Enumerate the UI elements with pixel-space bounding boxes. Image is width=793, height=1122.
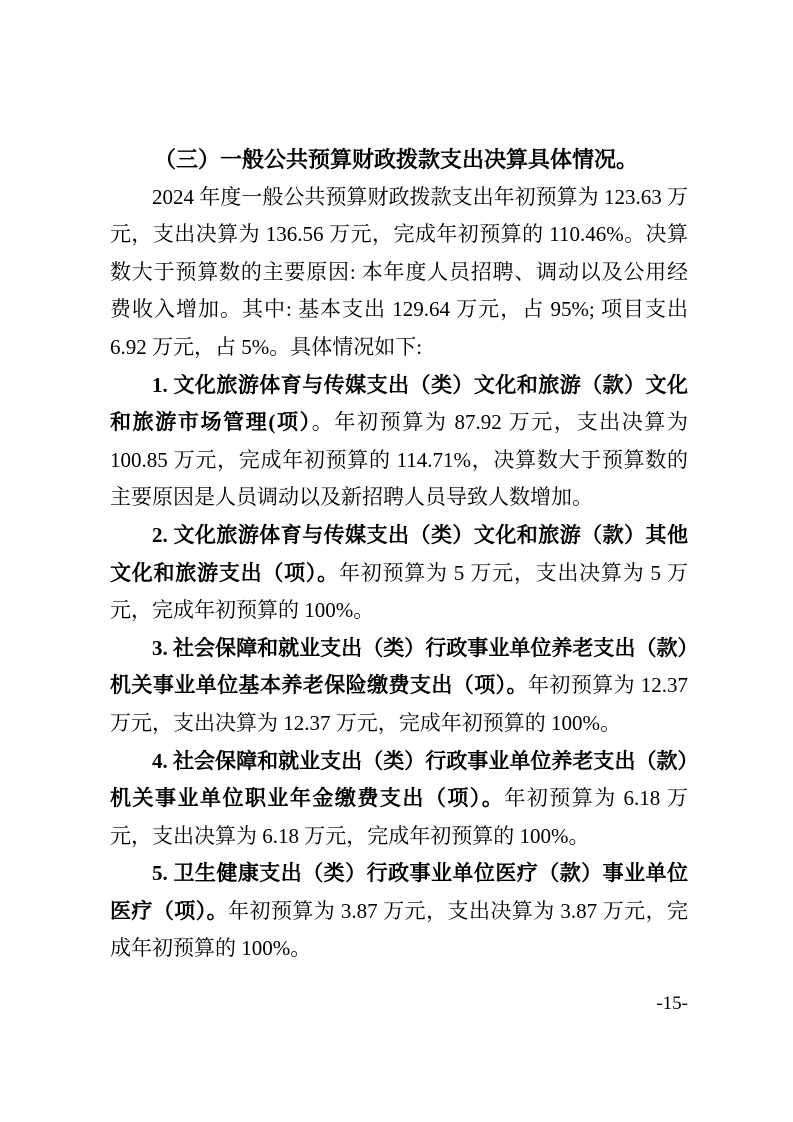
item-paragraph-5: 5. 卫生健康支出（类）行政事业单位医疗（款）事业单位医疗（项）。年初预算为 3… [110, 855, 688, 968]
intro-paragraph: 2024 年度一般公共预算财政拨款支出年初预算为 123.63 万元，支出决算为… [110, 179, 688, 367]
intro-text: 2024 年度一般公共预算财政拨款支出年初预算为 123.63 万元，支出决算为… [110, 185, 688, 359]
document-page: （三）一般公共预算财政拨款支出决算具体情况。 2024 年度一般公共预算财政拨款… [0, 0, 793, 1122]
section-heading: （三）一般公共预算财政拨款支出决算具体情况。 [110, 141, 688, 179]
page-number: -15- [110, 992, 688, 1016]
item-paragraph-3: 3. 社会保障和就业支出（类）行政事业单位养老支出（款）机关事业单位基本养老保险… [110, 630, 688, 743]
item-paragraph-2: 2. 文化旅游体育与传媒支出（类）文化和旅游（款）其他文化和旅游支出（项）。年初… [110, 517, 688, 630]
item-paragraph-4: 4. 社会保障和就业支出（类）行政事业单位养老支出（款）机关事业单位职业年金缴费… [110, 743, 688, 856]
item-paragraph-1: 1. 文化旅游体育与传媒支出（类）文化和旅游（款）文化和旅游市场管理(项）。年初… [110, 367, 688, 517]
